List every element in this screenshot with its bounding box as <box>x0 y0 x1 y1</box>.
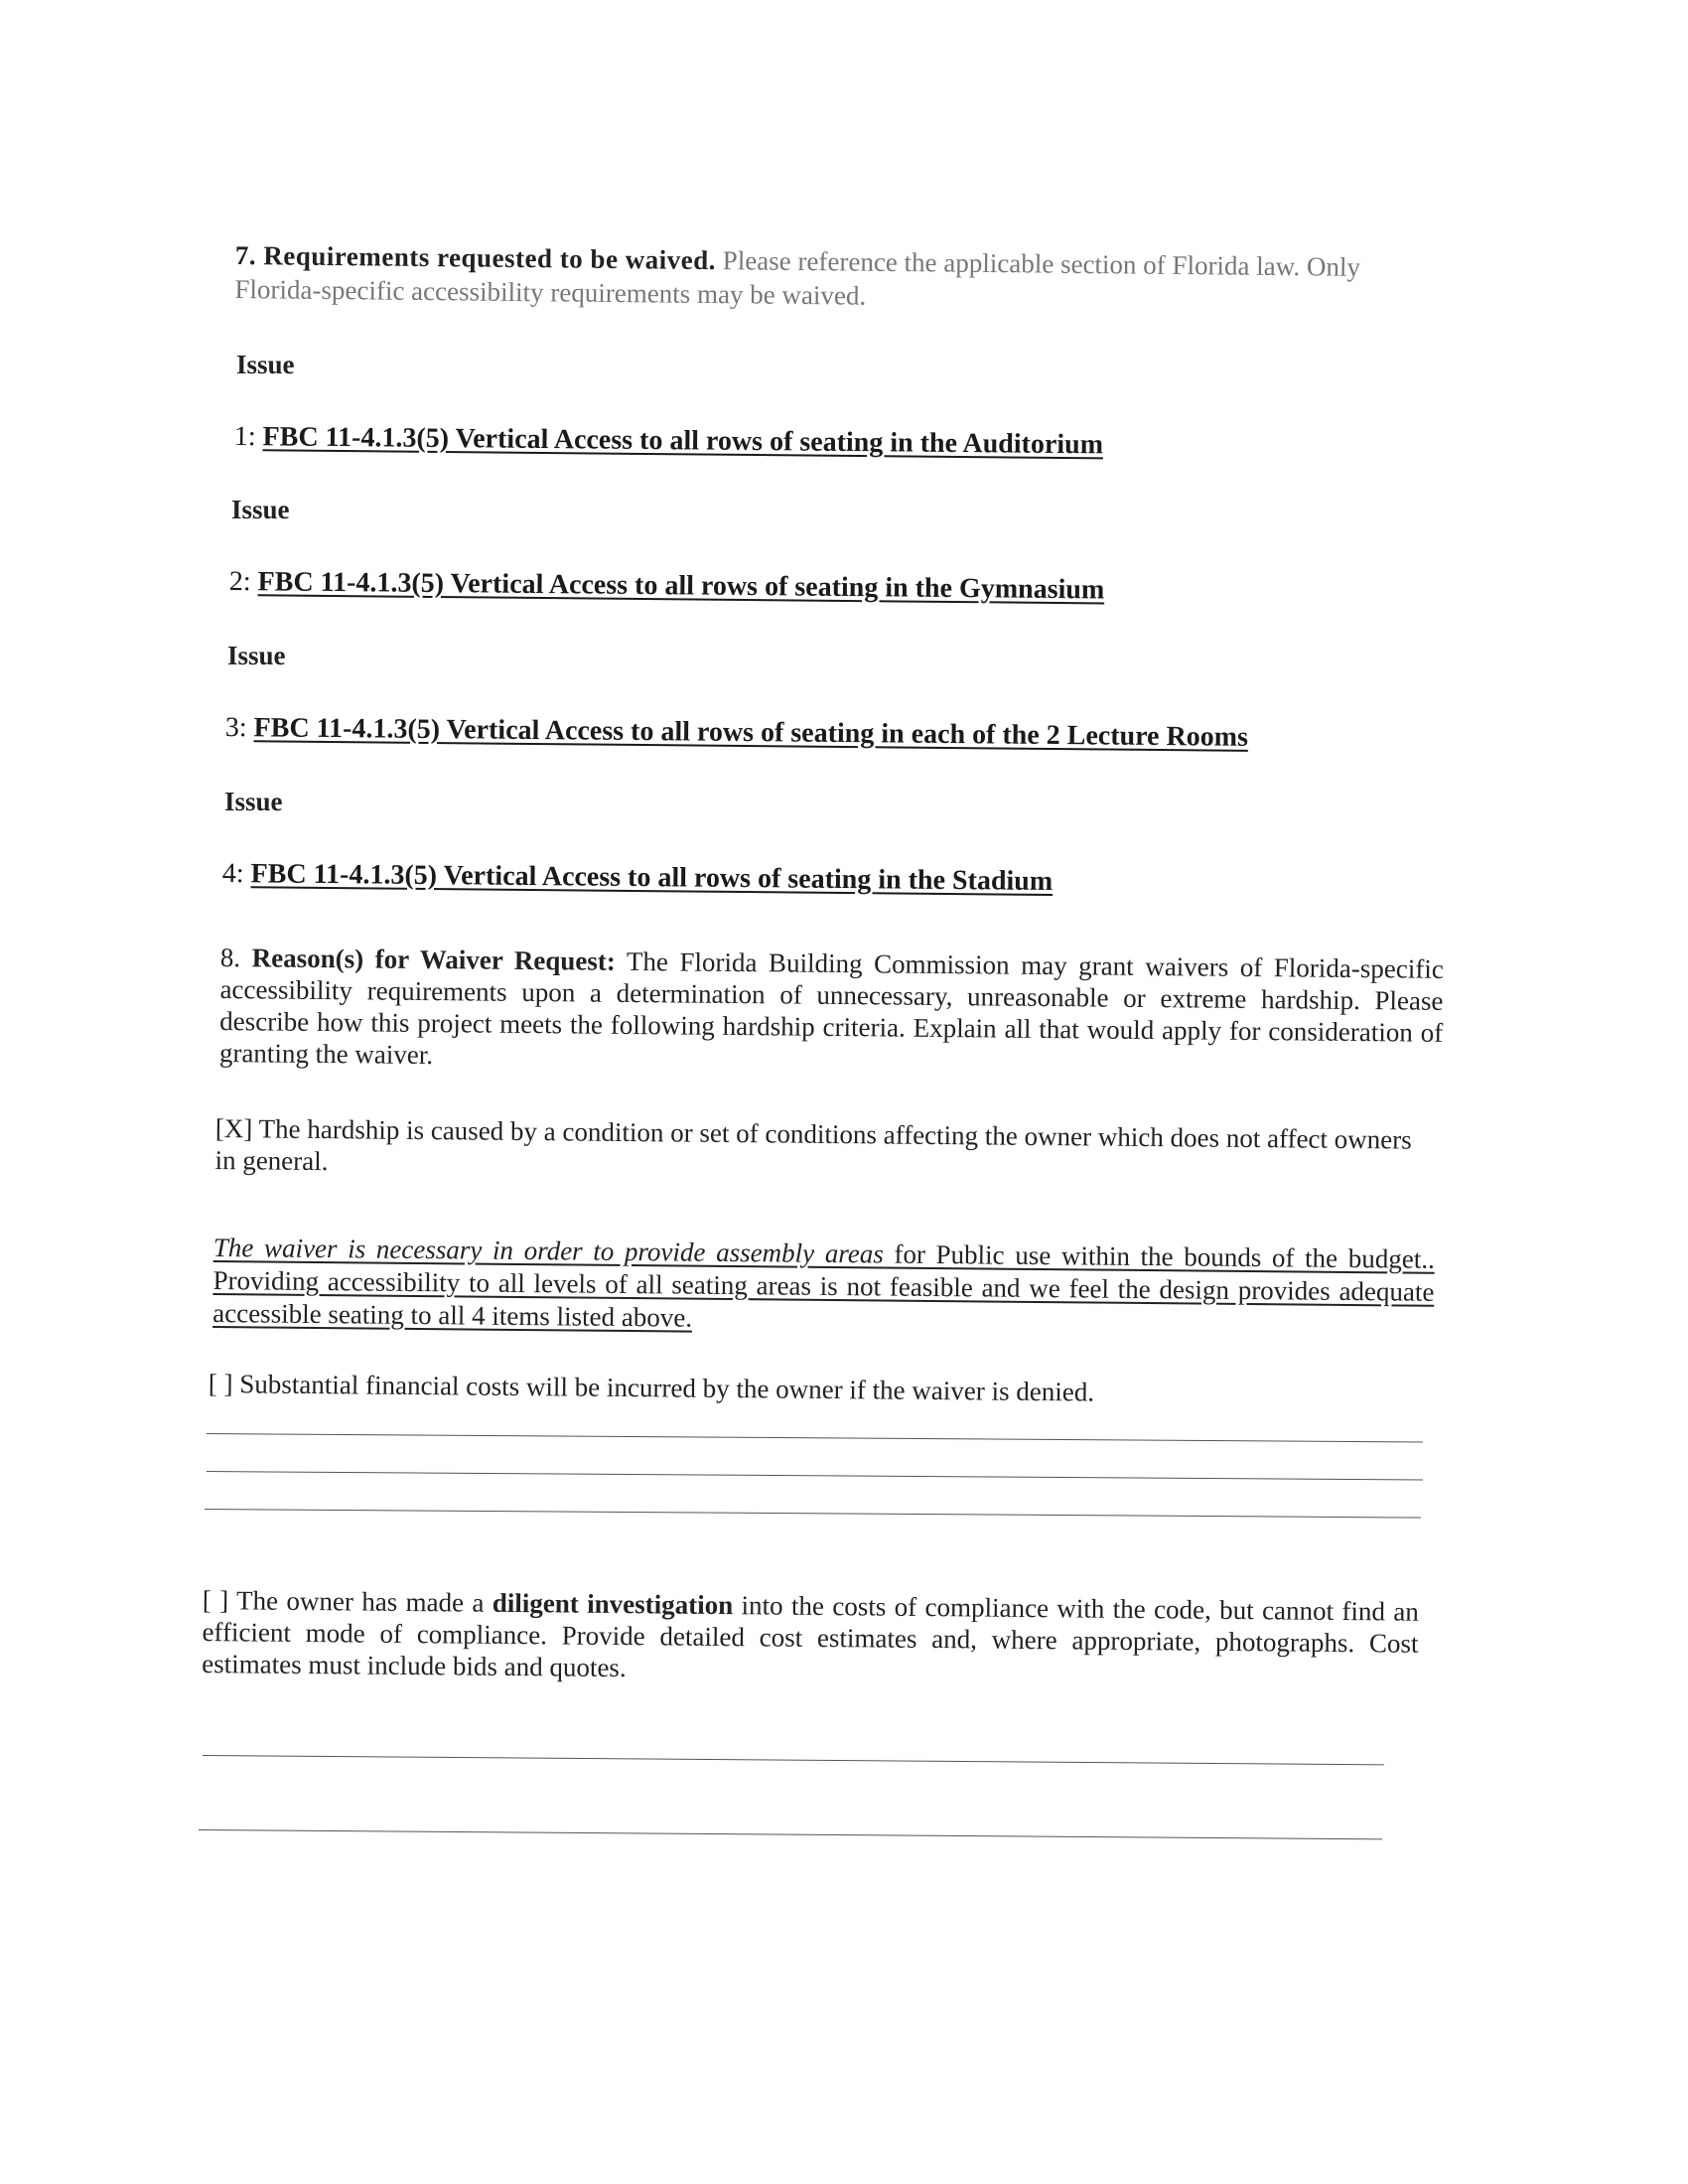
blank-line-1[interactable] <box>207 1433 1423 1443</box>
issue-3: 3: FBC 11-4.1.3(5) Vertical Access to al… <box>225 712 1248 754</box>
criterion-3-checkbox[interactable]: [ ] <box>203 1585 229 1615</box>
criterion-1-answer: The waiver is necessary in order to prov… <box>212 1232 1435 1342</box>
criterion-3-text-bold: diligent investigation <box>492 1588 734 1620</box>
blank-line-3[interactable] <box>205 1509 1421 1519</box>
issue-text: FBC 11-4.1.3(5) Vertical Access to all r… <box>250 858 1053 897</box>
issue-label-4: Issue <box>224 787 283 817</box>
issue-text: FBC 11-4.1.3(5) Vertical Access to all r… <box>262 421 1103 460</box>
issue-label-2: Issue <box>231 495 290 525</box>
criterion-1: [X] The hardship is caused by a conditio… <box>214 1112 1432 1188</box>
issue-label-3: Issue <box>227 641 286 671</box>
blank-line-4[interactable] <box>203 1755 1384 1765</box>
issue-text: FBC 11-4.1.3(5) Vertical Access to all r… <box>257 566 1104 605</box>
issue-1: 1: FBC 11-4.1.3(5) Vertical Access to al… <box>234 421 1104 461</box>
issue-label-1: Issue <box>236 350 295 380</box>
issue-4: 4: FBC 11-4.1.3(5) Vertical Access to al… <box>222 858 1054 898</box>
criterion-1-checkbox[interactable]: [X] <box>215 1113 253 1143</box>
criterion-2: [ ] Substantial financial costs will be … <box>209 1368 1440 1411</box>
criterion-3: [ ] The owner has made a diligent invest… <box>202 1584 1419 1691</box>
issue-number: 1: <box>234 421 256 452</box>
criterion-1-text: The hardship is caused by a condition or… <box>214 1113 1411 1176</box>
issue-text: FBC 11-4.1.3(5) Vertical Access to all r… <box>253 712 1248 753</box>
issue-number: 4: <box>222 858 244 889</box>
form-page: 7. Requirements requested to be waived. … <box>0 0 1688 2184</box>
criterion-2-text: Substantial financial costs will be incu… <box>232 1369 1094 1406</box>
issue-number: 3: <box>225 712 247 743</box>
blank-line-2[interactable] <box>207 1471 1423 1481</box>
blank-line-5[interactable] <box>199 1829 1382 1839</box>
issue-number: 2: <box>229 566 251 597</box>
issue-2: 2: FBC 11-4.1.3(5) Vertical Access to al… <box>229 566 1105 606</box>
section-7-heading: 7. Requirements requested to be waived. <box>235 240 717 275</box>
section-8-number: 8. <box>220 943 241 972</box>
answer-italic-part: The waiver is necessary in order to prov… <box>213 1233 884 1268</box>
section-8-reasons: 8. Reason(s) for Waiver Request: The Flo… <box>219 942 1444 1081</box>
section-7-requirements: 7. Requirements requested to be waived. … <box>234 238 1452 319</box>
section-8-heading: Reason(s) for Waiver Request: <box>252 943 616 976</box>
criterion-2-checkbox[interactable]: [ ] <box>209 1369 233 1398</box>
criterion-3-text-before: The owner has made a <box>228 1585 492 1618</box>
